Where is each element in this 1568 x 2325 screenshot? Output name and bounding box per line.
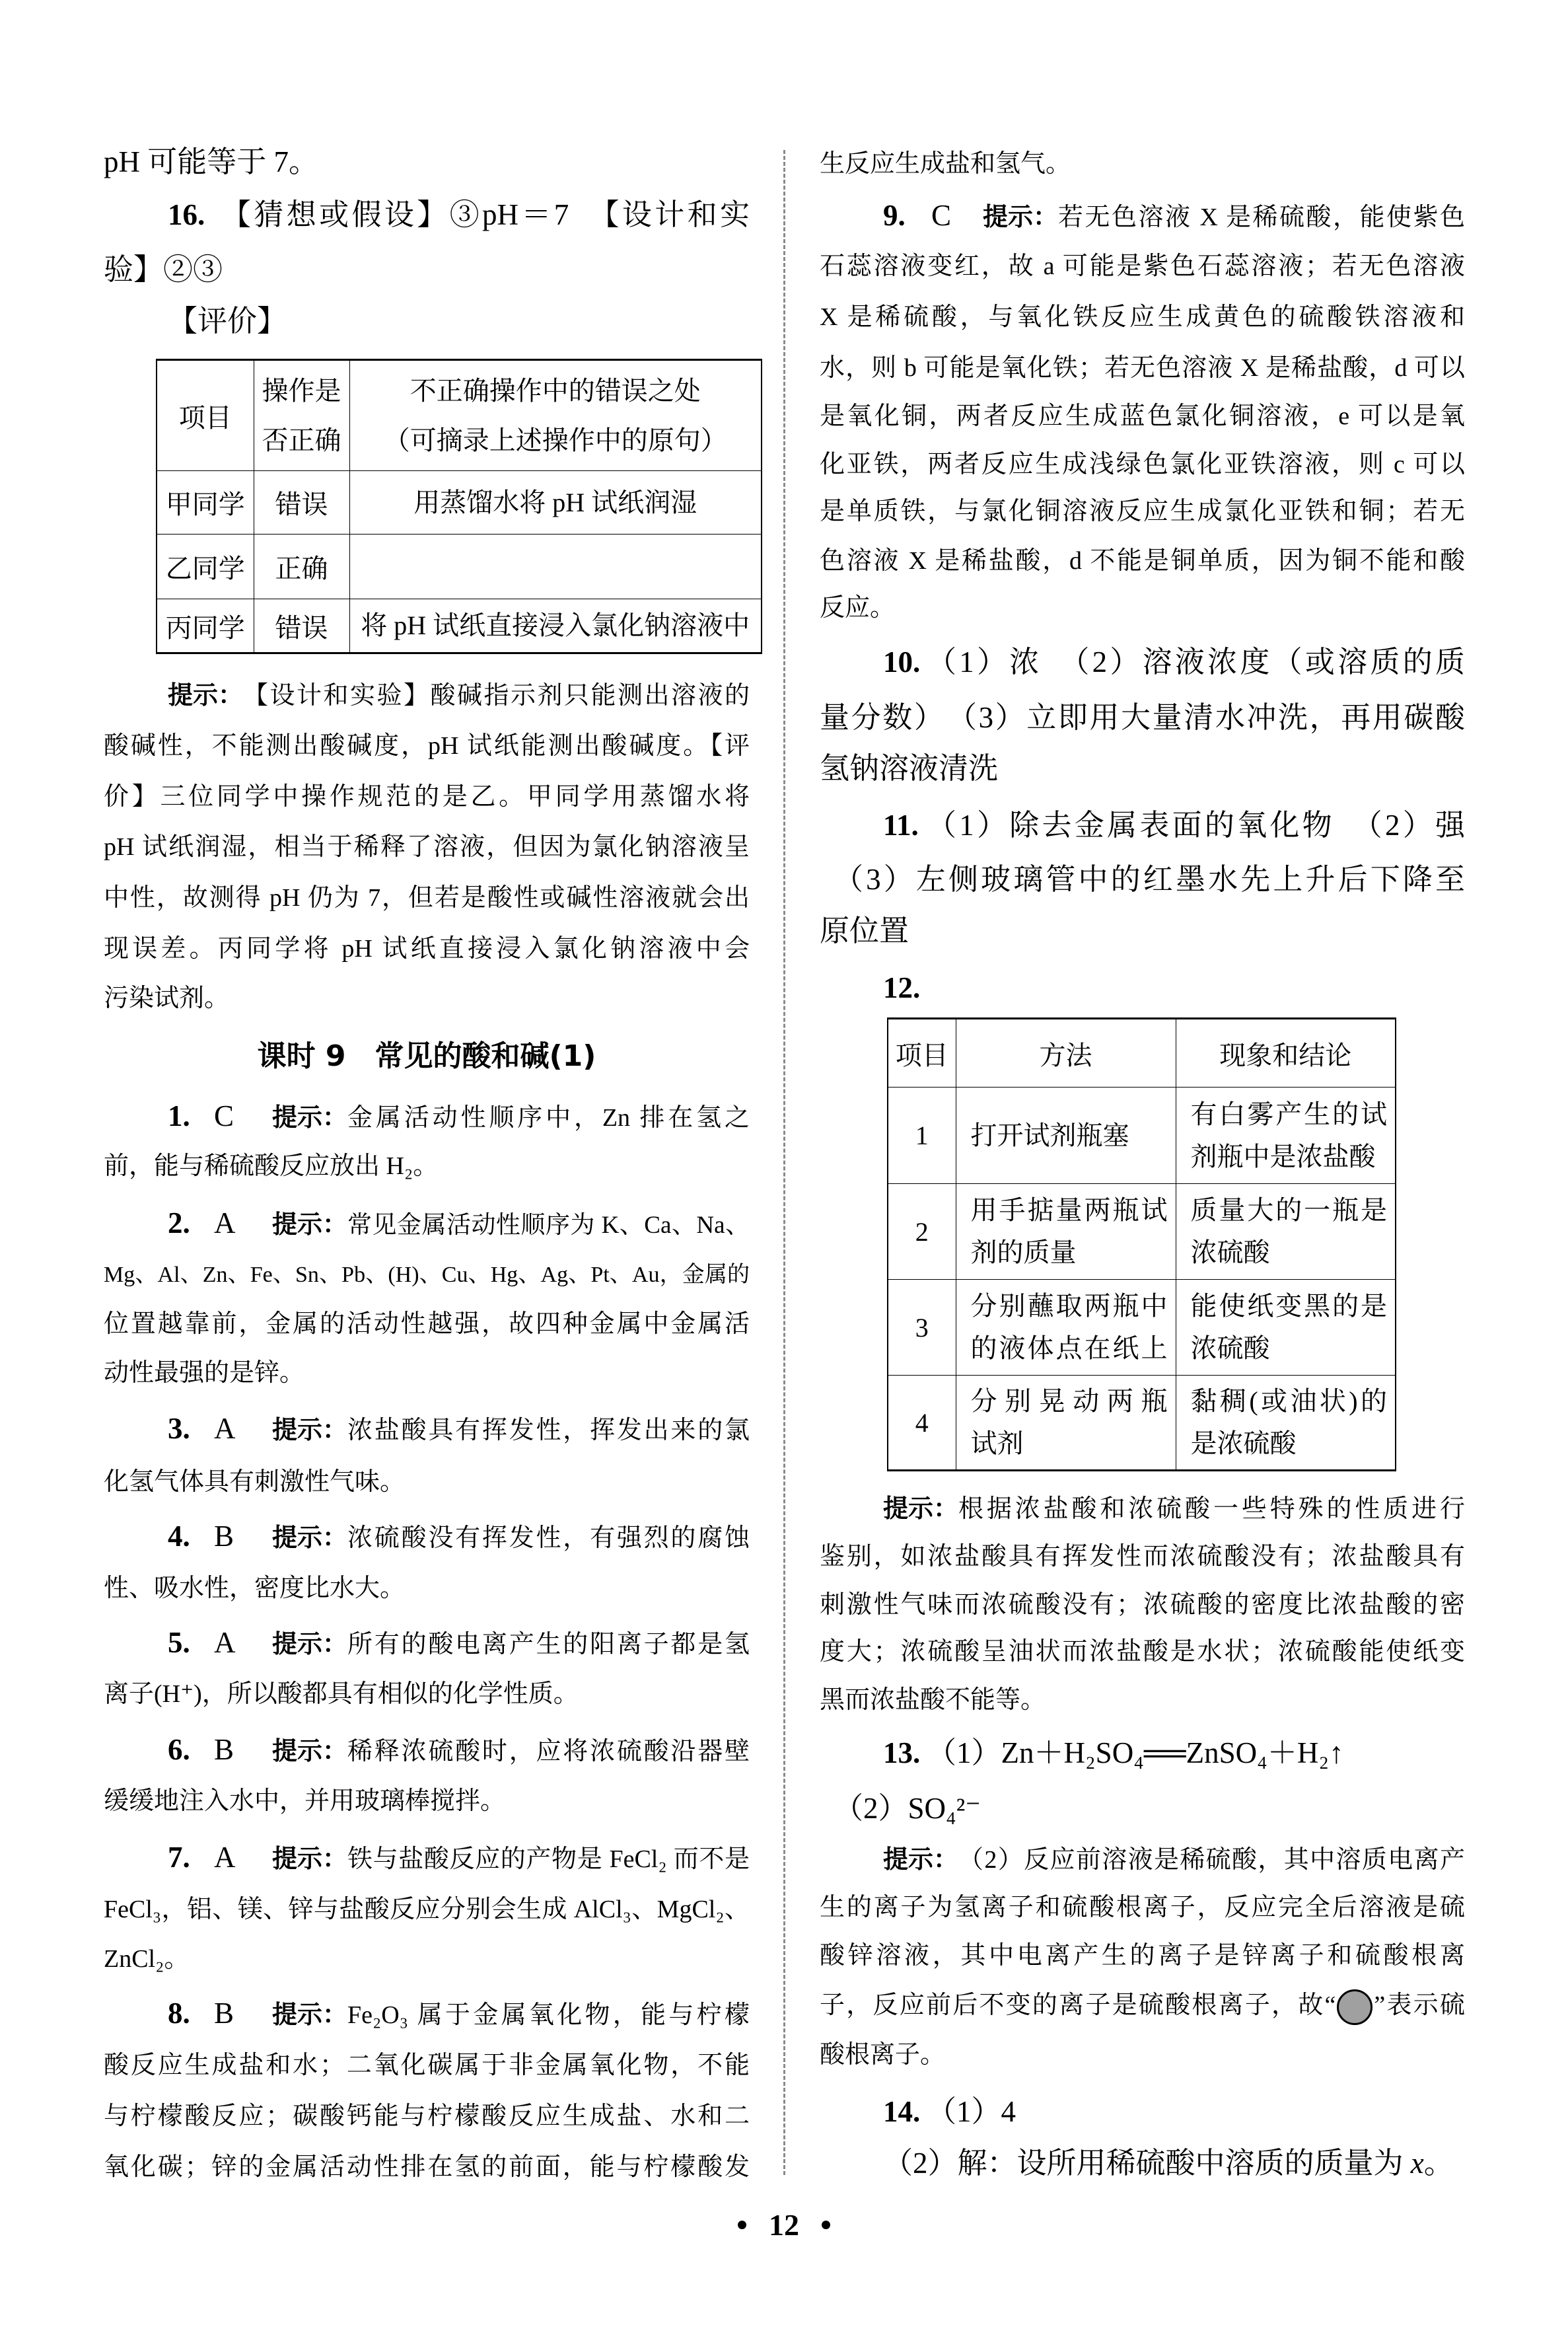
q3-hint-line: 化氢气体具有刺激性气味。 [104,1462,750,1502]
table-header-row: 项目 操作是 否正确 不正确操作中的错误之处 （可摘录上述操作中的原句） [157,360,762,471]
q1-answer-line: 1. C 提示： 金属活动性顺序中，Zn 排在氢之 [168,1096,750,1136]
q10-answer-line: 10. （1）浓 （2）溶液浓度（或溶质的质 [883,642,1465,682]
header-method: 方法 [956,1019,1176,1088]
hint-label: 提示： [272,1518,347,1557]
cell-line: 的液体点在纸上 [971,1327,1168,1370]
q7-answer-line: 7. A 提示： 铁与盐酸反应的产物是 FeCl₂ 而不是 [168,1837,750,1877]
table-row: 丙同学 错误 将 pH 试纸直接浸入氯化钠溶液中 [157,599,762,653]
q16-hint-line: 酸碱性，不能测出酸碱度，pH 试纸能测出酸碱度。【评 [104,726,750,766]
answer-choice: B [214,1730,272,1769]
method-cell: 打开试剂瓶塞 [956,1088,1176,1184]
q16-eval-label: 【评价】 [168,301,498,341]
q2-hint-line: 动性最强的是锌。 [104,1353,750,1393]
header-line: （可摘录上述操作中的原句） [350,416,762,465]
q11-answer-line: 原位置 [820,911,1465,951]
q16-hint-line: 污染试剂。 [104,978,750,1018]
q9-hint-line: 色溶液 X 是稀盐酸，d 不能是铜单质，因为铜不能和酸 [820,541,1465,581]
q13-hint-line: 酸锌溶液，其中电离产生的离子是锌离子和硫酸根离 [820,1936,1465,1975]
q4-answer-line: 4. B 提示： 浓硫酸没有挥发性，有强烈的腐蚀 [168,1516,750,1556]
hint-text: 【设计和实验】酸碱指示剂只能测出溶液的 [243,676,750,716]
q8-hint-line: 酸反应生成盐和水；二氧化碳属于非金属氧化物，不能 [104,2046,750,2085]
hint-label: 提示： [272,1624,347,1664]
hint-label: 提示： [272,1204,347,1244]
q16-answer-text: 验】②③ [104,250,750,289]
hint-text: 金属活动性顺序中，Zn 排在氢之 [347,1098,750,1138]
question-number: 16. [168,195,221,235]
cell-line: 黏稠(或油状)的 [1191,1380,1388,1422]
table-header-row: 项目 方法 现象和结论 [888,1019,1396,1088]
acid-identification-table: 项目 方法 现象和结论 1 打开试剂瓶塞 有白雾产生的试 剂瓶中是浓盐酸 2 用… [887,1017,1396,1471]
q5-hint-line: 离子(H⁺)，所以酸都具有相似的化学性质。 [104,1674,750,1714]
header-line: 操作是 [254,366,349,416]
header-error: 不正确操作中的错误之处 （可摘录上述操作中的原句） [349,360,762,471]
q9-hint-line: 水，则 b 可能是氧化铁；若无色溶液 X 是稀盐酸，d 可以 [820,348,1465,388]
q9-hint-line: X 是稀硫酸，与氧化铁反应生成黄色的硫酸铁溶液和 [820,297,1465,337]
q11-answer-line: （3）左侧玻璃管中的红墨水先上升后下降至 [834,860,1465,899]
answer-choice: B [214,1516,272,1556]
q9-hint-line: 化亚铁，两者反应生成浅绿色氯化亚铁溶液，则 c 可以 [820,445,1465,484]
question-number: 7. [168,1837,214,1877]
header-item: 项目 [157,360,254,471]
q7-hint-line: ZnCl₂。 [104,1939,750,1979]
header-line: 不正确操作中的错误之处 [350,366,762,416]
hint-label: 提示： [272,1731,347,1771]
header-result: 现象和结论 [1176,1019,1396,1088]
sulfate-ion-circle-icon [1337,1989,1372,2025]
q13-hint-line: 生的离子为氢离子和硫酸根离子，反应完全后溶液是硫 [820,1888,1465,1927]
q3-answer-line: 3. A 提示： 浓盐酸具有挥发性，挥发出来的氯 [168,1409,750,1448]
q8-answer-line: 8. B 提示： Fe₂O₃ 属于金属氧化物，能与柠檬 [168,1993,750,2033]
q5-answer-line: 5. A 提示： 所有的酸电离产生的阳离子都是氢 [168,1623,750,1662]
q13-hint-line: 酸根离子。 [820,2035,1465,2075]
question-number: 6. [168,1730,214,1769]
hint-text: 稀释浓硫酸时，应将浓硫酸沿器壁 [347,1732,750,1771]
evaluation-table: 项目 操作是 否正确 不正确操作中的错误之处 （可摘录上述操作中的原句） 甲同学… [156,359,762,654]
question-number: 3. [168,1409,214,1448]
q12-hint-line: 刺激性气味而浓硫酸没有；浓硫酸的密度比浓盐酸的密 [820,1585,1465,1625]
answer-text: （1）4 [927,2092,1465,2131]
hint-label: 提示： [883,1489,958,1528]
question-number: 2. [168,1203,214,1243]
q9-hint-line: 是氧化铜，两者反应生成蓝色氯化铜溶液，e 可以是氧 [820,396,1465,436]
answer-choice: B [214,1993,272,2033]
answer-text: 。 [1424,2147,1454,2180]
result-cell: 能使纸变黑的是 浓硫酸 [1176,1280,1396,1376]
q7-hint-line: FeCl₃，铝、镁、锌与盐酸反应分别会生成 AlCl₃、MgCl₂、 [104,1890,750,1929]
hint-label: 提示： [983,197,1058,237]
page-number: 12 [652,2205,916,2244]
q8-hint-line: 与柠檬酸反应；碳酸钙能与柠檬酸反应生成盐、水和二 [104,2096,750,2136]
q1-hint-line: 前，能与稀硫酸反应放出 H₂。 [104,1146,750,1186]
q12-hint-line: 提示： 根据浓盐酸和浓硫酸一些特殊的性质进行 [883,1489,1465,1528]
hint-text: 若无色溶液 X 是稀硫酸，能使紫色 [1058,198,1465,237]
cell-line: 能使纸变黑的是 [1191,1285,1388,1327]
math-variable: x [1411,2147,1424,2180]
result-cell: 错误 [254,599,349,653]
q15-answer-tail: pH 可能等于 7。 [104,142,750,182]
cell-line: 分别蘸取两瓶中 [971,1285,1168,1327]
table-row: 4 分别晃动两瓶 试剂 黏稠(或油状)的 是浓硫酸 [888,1376,1396,1471]
result-cell: 质量大的一瓶是 浓硫酸 [1176,1184,1396,1280]
column-divider [783,150,785,2175]
question-number: 5. [168,1623,214,1662]
hint-label: 提示： [168,675,243,715]
header-item: 项目 [888,1019,956,1088]
question-number: 4. [168,1516,214,1556]
method-cell: 分别蘸取两瓶中 的液体点在纸上 [956,1280,1176,1376]
hint-text: 铁与盐酸反应的产物是 FeCl₂ 而不是 [347,1839,750,1879]
hint-text: ”表示硫 [1374,1991,1465,2019]
q2-hint-line: Mg、Al、Zn、Fe、Sn、Pb、(H)、Cu、Hg、Ag、Pt、Au，金属的 [104,1255,750,1295]
q2-hint-line: 位置越靠前，金属的活动性越强，故四种金属中金属活 [104,1304,750,1344]
q16-hint-line: 提示： 【设计和实验】酸碱指示剂只能测出溶液的 [168,675,750,715]
cell-line: 剂的质量 [971,1232,1168,1274]
q10-answer-line: 量分数） （3）立即用大量清水冲洗，再用碳酸 [820,698,1465,737]
hint-text: （2）反应前溶液是稀硫酸，其中溶质电离产 [958,1840,1465,1880]
student-cell: 丙同学 [157,599,254,653]
answer-text: （2）解：设所用稀硫酸中溶质的质量为 [883,2147,1411,2180]
result-cell: 有白雾产生的试 剂瓶中是浓盐酸 [1176,1088,1396,1184]
item-cell: 1 [888,1088,956,1184]
header-line: 否正确 [254,416,349,465]
result-cell: 黏稠(或油状)的 是浓硫酸 [1176,1376,1396,1471]
table-row: 1 打开试剂瓶塞 有白雾产生的试 剂瓶中是浓盐酸 [888,1088,1396,1184]
question-number: 8. [168,1993,214,2033]
q12-hint-line: 鉴别，如浓盐酸具有挥发性而浓硫酸没有；浓盐酸具有 [820,1537,1465,1576]
q9-hint-line: 反应。 [820,588,1465,628]
error-text: 将 pH 试纸直接浸入氯化钠溶液中 [350,606,762,646]
table-row: 乙同学 正确 [157,535,762,599]
table-row: 3 分别蘸取两瓶中 的液体点在纸上 能使纸变黑的是 浓硫酸 [888,1280,1396,1376]
answer-choice: A [214,1409,272,1448]
page-number-dot-icon [822,2221,830,2229]
item-cell: 3 [888,1280,956,1376]
error-cell: 将 pH 试纸直接浸入氯化钠溶液中 [349,599,762,653]
q13-hint-line: 提示： （2）反应前溶液是稀硫酸，其中溶质电离产 [883,1839,1465,1879]
hint-text: 所有的酸电离产生的阳离子都是氢 [347,1625,750,1664]
hint-text: 浓盐酸具有挥发性，挥发出来的氯 [347,1411,750,1450]
answer-choice: C [214,1096,272,1136]
result-cell: 正确 [254,535,349,599]
error-text [350,547,762,587]
question-number: 14. [883,2092,927,2131]
cell-line: 用手掂量两瓶试 [971,1189,1168,1232]
q16-answer-text: 【猜想或假设】③pH＝7 【设计和实 [221,195,750,235]
q14-answer-line: （2）解：设所用稀硫酸中溶质的质量为 x。 [883,2143,1465,2183]
answer-key-page: pH 可能等于 7。 16. 【猜想或假设】③pH＝7 【设计和实 验】②③ 【… [0,0,1568,2325]
answer-choice: A [214,1623,272,1662]
method-cell: 用手掂量两瓶试 剂的质量 [956,1184,1176,1280]
cell-line: 打开试剂瓶塞 [971,1115,1168,1157]
question-number: 12. [883,968,962,1008]
hint-label: 提示： [272,1410,347,1450]
table-row: 2 用手掂量两瓶试 剂的质量 质量大的一瓶是 浓硫酸 [888,1184,1396,1280]
q11-answer-line: 11. （1）除去金属表面的氧化物 （2）强 [883,805,1465,845]
hint-label: 提示： [272,1839,347,1878]
q16-hint-line: 价】三位同学中操作规范的是乙。甲同学用蒸馏水将 [104,777,750,817]
q8-hint-line: 氧化碳；锌的金属活动性排在氢的前面，能与柠檬酸发 [104,2147,750,2187]
answer-choice: A [214,1837,272,1877]
result-cell: 错误 [254,471,349,535]
cell-line: 浓硫酸 [1191,1232,1388,1274]
error-cell [349,535,762,599]
header-correctness: 操作是 否正确 [254,360,349,471]
question-number: 13. [883,1733,927,1773]
item-cell: 2 [888,1184,956,1280]
q9-hint-line: 石蕊溶液变红，故 a 可能是紫色石蕊溶液；若无色溶液 [820,246,1465,286]
cell-line: 浓硫酸 [1191,1327,1388,1370]
hint-text: 浓硫酸没有挥发性，有强烈的腐蚀 [347,1518,750,1558]
page-number-value: 12 [769,2207,799,2242]
table-row: 甲同学 错误 用蒸馏水将 pH 试纸润湿 [157,471,762,535]
question-number: 9. [883,196,931,235]
q9-answer-line: 9. C 提示： 若无色溶液 X 是稀硫酸，能使紫色 [883,196,1465,235]
hint-text: 子，反应前后不变的离子是硫酸根离子，故“ [820,1991,1336,2019]
section-title: 课时 9 常见的酸和碱(1) [104,1037,750,1076]
q16-answer-line: 16. 【猜想或假设】③pH＝7 【设计和实 [168,195,750,235]
q14-answer-line: 14. （1）4 [883,2092,1465,2131]
error-text: 用蒸馏水将 pH 试纸润湿 [350,483,762,523]
question-number: 11. [883,805,927,845]
item-cell: 4 [888,1376,956,1471]
q13-answer-line: 13. （1）Zn＋H₂SO₄══ZnSO₄＋H₂↑ [883,1733,1465,1773]
cell-line: 有白雾产生的试 [1191,1093,1388,1136]
q12-hint-line: 度大；浓硫酸呈油状而浓盐酸是水状；浓硫酸能使纸变 [820,1632,1465,1672]
cell-line: 质量大的一瓶是 [1191,1189,1388,1232]
answer-choice: A [214,1203,272,1243]
page-number-dot-icon [738,2221,746,2229]
q12-hint-line: 黑而浓盐酸不能等。 [820,1680,1465,1720]
q6-hint-line: 缓缓地注入水中，并用玻璃棒搅拌。 [104,1781,750,1821]
q10-answer-line: 氢钠溶液清洗 [820,749,1465,788]
cell-line: 分别晃动两瓶 [971,1380,1168,1422]
hint-label: 提示： [883,1839,958,1879]
q13-hint-line: 子，反应前后不变的离子是硫酸根离子，故“”表示硫 [820,1985,1465,2025]
q8-hint-line: 生反应生成盐和氢气。 [820,144,1465,184]
q13-answer-line: （2）SO₄²⁻ [834,1789,1465,1828]
q16-hint-line: 现误差。丙同学将 pH 试纸直接浸入氯化钠溶液中会 [104,929,750,969]
q2-answer-line: 2. A 提示： 常见金属活动性顺序为 K、Ca、Na、 [168,1203,750,1243]
q9-hint-line: 是单质铁，与氯化铜溶液反应生成氯化亚铁和铜；若无 [820,492,1465,531]
hint-text: 常见金属活动性顺序为 K、Ca、Na、 [347,1206,750,1245]
cell-line: 剂瓶中是浓盐酸 [1191,1136,1388,1178]
hint-label: 提示： [272,1995,347,2034]
cell-line: 试剂 [971,1422,1168,1465]
chemical-equation: （1）Zn＋H₂SO₄══ZnSO₄＋H₂↑ [927,1733,1465,1773]
q4-hint-line: 性、吸水性，密度比水大。 [104,1568,750,1608]
student-cell: 甲同学 [157,471,254,535]
question-number: 10. [883,642,927,682]
method-cell: 分别晃动两瓶 试剂 [956,1376,1176,1471]
hint-text: Fe₂O₃ 属于金属氧化物，能与柠檬 [347,1995,750,2035]
cell-line: 是浓硫酸 [1191,1422,1388,1465]
error-cell: 用蒸馏水将 pH 试纸润湿 [349,471,762,535]
hint-text: 根据浓盐酸和浓硫酸一些特殊的性质进行 [958,1489,1465,1529]
q16-hint-line: pH 试纸润湿，相当于稀释了溶液，但因为氯化钠溶液呈 [104,827,750,867]
answer-text: （1）浓 （2）溶液浓度（或溶质的质 [927,642,1465,682]
student-cell: 乙同学 [157,535,254,599]
answer-text: （1）除去金属表面的氧化物 （2）强 [927,805,1465,845]
answer-choice: C [931,196,983,235]
hint-label: 提示： [272,1097,347,1137]
q6-answer-line: 6. B 提示： 稀释浓硫酸时，应将浓硫酸沿器壁 [168,1730,750,1769]
question-number: 1. [168,1096,214,1136]
q16-hint-line: 中性，故测得 pH 仍为 7，但若是酸性或碱性溶液就会出 [104,878,750,918]
